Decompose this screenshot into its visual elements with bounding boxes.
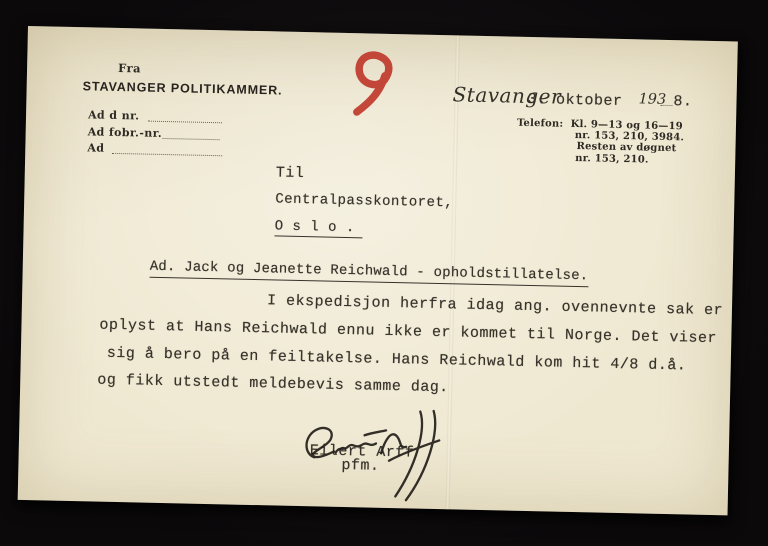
dotted-fill-line	[163, 129, 220, 140]
letter-paper: Fra STAVANGER POLITIKAMMER. Ad d nr. Ad …	[18, 26, 738, 515]
handwritten-signature	[286, 400, 458, 509]
dotted-fill-line	[112, 144, 222, 156]
body-line: og fikk utstedt meldebevis samme dag.	[97, 372, 449, 397]
recipient-city: O s l o .	[274, 218, 362, 238]
letterhead-field-label: Ad fobr.-nr.	[88, 125, 163, 140]
dateline-year-typed: 8.	[673, 93, 692, 110]
dotted-fill-line	[660, 96, 672, 106]
body-line: sig å bero på en feiltakelse. Hans Reich…	[107, 345, 687, 375]
letterhead-field-label: Ad d nr.	[88, 108, 140, 122]
letterhead-office-name: STAVANGER POLITIKAMMER.	[83, 79, 283, 97]
recipient-salutation: Til	[276, 164, 305, 182]
scan-background: Fra STAVANGER POLITIKAMMER. Ad d nr. Ad …	[0, 0, 768, 546]
recipient-name: Centralpasskontoret,	[275, 191, 453, 211]
phone-info-line: Resten av døgnet	[576, 141, 676, 154]
letterhead-from-label: Fra	[118, 61, 141, 75]
body-line: oplyst at Hans Reichwald ennu ikke er ko…	[99, 317, 717, 347]
phone-info-line: nr. 153, 210.	[575, 153, 649, 166]
letterhead-field-label: Ad	[87, 141, 104, 154]
dotted-fill-line	[148, 112, 222, 124]
body-line: I ekspedisjon herfra idag ang. ovennevnt…	[267, 292, 723, 319]
dateline-date-typed: 3. oktober	[527, 91, 622, 110]
subject-line: Ad. Jack og Jeanette Reichwald - opholds…	[150, 259, 589, 288]
handwritten-case-number-mark	[341, 47, 404, 125]
